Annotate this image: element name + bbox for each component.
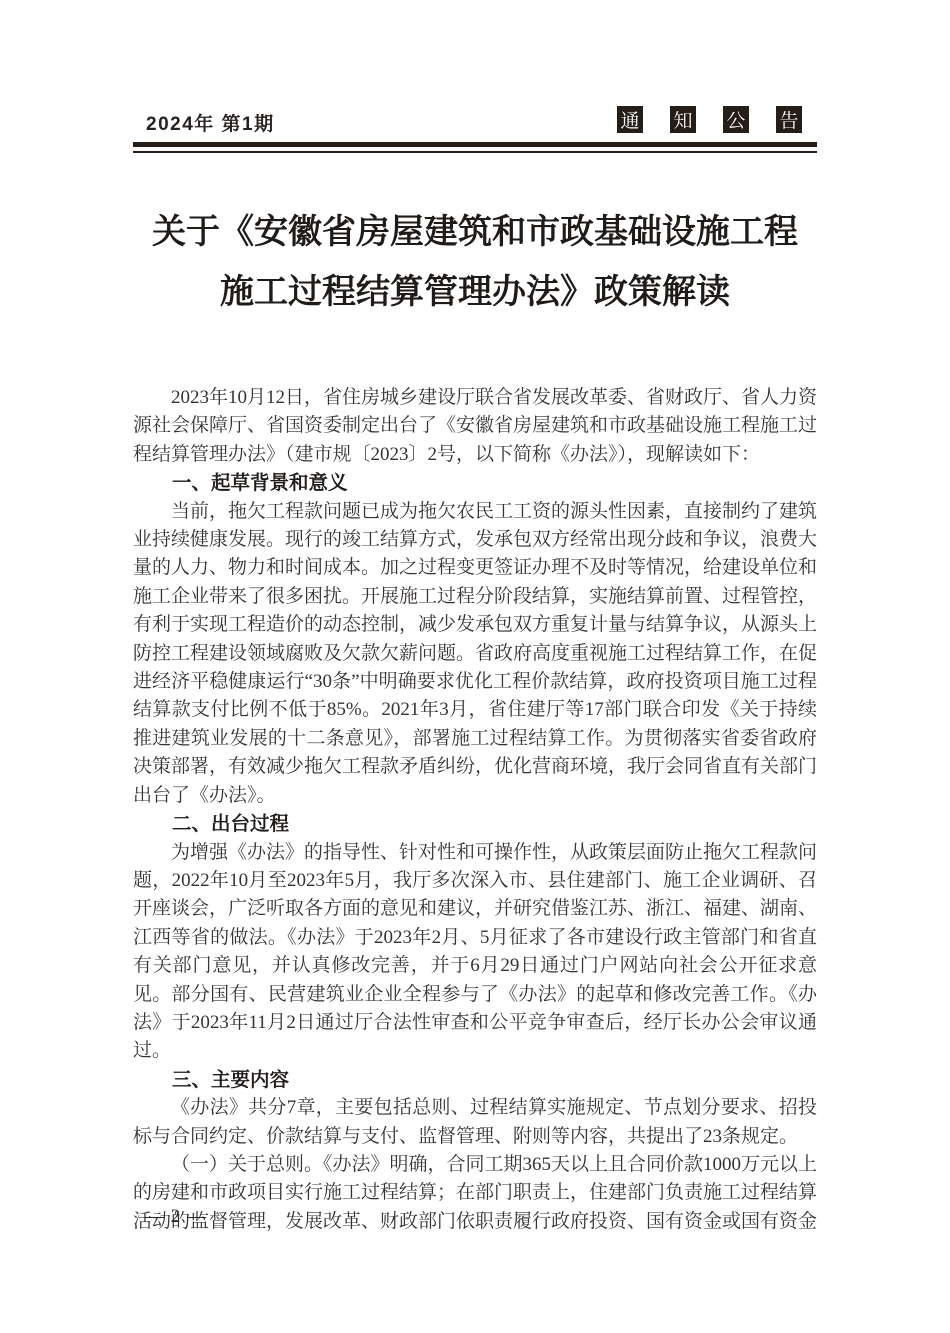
section-heading: 三、主要内容 xyxy=(133,1066,817,1094)
page-number: — 2 — xyxy=(145,1206,207,1227)
paragraph: 当前，拖欠工程款问题已成为拖欠农民工工资的源头性因素，直接制约了建筑业持续健康发… xyxy=(133,498,817,810)
bulletin-badges: 通知公告 xyxy=(617,106,802,133)
document-title: 关于《安徽省房屋建筑和市政基础设施工程 施工过程结算管理办法》政策解读 xyxy=(133,203,817,323)
badge-char-3: 公 xyxy=(723,106,749,133)
badge-char-4: 告 xyxy=(776,106,802,133)
paragraph: 《办法》共分7章，主要包括总则、过程结算实施规定、节点划分要求、招投标与合同约定… xyxy=(133,1094,817,1151)
issue-label: 2024年 第1期 xyxy=(146,109,275,136)
section-heading: 二、出台过程 xyxy=(133,810,817,838)
document-title-line-1: 关于《安徽省房屋建筑和市政基础设施工程 xyxy=(133,203,817,263)
paragraph: （一）关于总则。《办法》明确，合同工期365天以上且合同价款1000万元以上的房… xyxy=(133,1151,817,1236)
document-page: 2024年 第1期 通知公告 关于《安徽省房屋建筑和市政基础设施工程 施工过程结… xyxy=(0,0,950,1333)
page-footer: — 2 — xyxy=(145,1206,207,1228)
section-heading: 一、起草背景和意义 xyxy=(133,469,817,497)
badge-char-2: 知 xyxy=(670,106,696,133)
badge-char-1: 通 xyxy=(617,106,643,133)
header-rule-thick xyxy=(133,142,817,147)
document-body: 2023年10月12日，省住房城乡建设厅联合省发展改革委、省财政厅、省人力资源社… xyxy=(133,384,817,1236)
paragraph: 2023年10月12日，省住房城乡建设厅联合省发展改革委、省财政厅、省人力资源社… xyxy=(133,384,817,469)
paragraph: 为增强《办法》的指导性、针对性和可操作性，从政策层面防止拖欠工程款问题，2022… xyxy=(133,839,817,1066)
document-title-line-2: 施工过程结算管理办法》政策解读 xyxy=(133,263,817,323)
header-rule-thin xyxy=(133,151,817,153)
